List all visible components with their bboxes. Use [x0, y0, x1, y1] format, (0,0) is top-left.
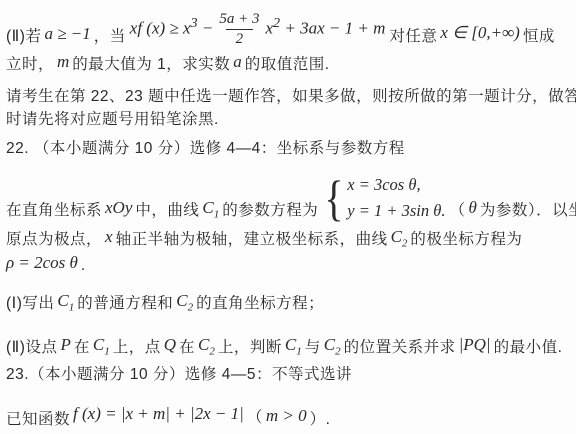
q21-part2-label: (Ⅱ)若	[6, 27, 41, 48]
parametric-equation-system: { x = 3cos θ, y = 1 + 3sin θ.	[322, 174, 445, 222]
var-xoy: xOy	[105, 197, 132, 220]
curve-c1: C1	[57, 290, 74, 313]
notice-text-1: 请考生在第 22、23 题中任选一题作答，如果多做，则按所做的第一题计分，做答	[6, 87, 576, 108]
param-note-open: （	[449, 201, 465, 222]
fraction-5a3-over-2: 5a + 32	[216, 11, 262, 48]
curve-c1: C1	[202, 197, 219, 220]
curve-c1: C1	[93, 334, 110, 357]
minus-sign: −	[202, 18, 213, 37]
var-a: a	[233, 51, 242, 74]
q21-l2-middle: 的最大值为 1，求实数	[72, 55, 230, 76]
q22-p2-in2: 在	[179, 338, 195, 359]
var-theta: θ	[468, 197, 476, 220]
q22-title: 22. （本小题满分 10 分）选修 4—4：坐标系与参数方程	[6, 138, 405, 160]
formula-lhs: xf (x) ≥ x	[130, 18, 191, 37]
notice-line2: 时请先将对应题号用铅笔涂黑.	[6, 109, 219, 131]
point-p: P	[60, 334, 70, 357]
q22-param-eq-text: 的参数方程为	[222, 201, 318, 222]
q22-p2-with: 与	[305, 338, 321, 359]
q23-title: 23.（本小题满分 10 分）选修 4—5：不等式选讲	[6, 364, 352, 386]
param-eq-y: y = 1 + 3sin θ.	[347, 200, 445, 222]
c1-subscript: 1	[214, 208, 220, 220]
q22-polar-setup-line: 原点为极点， x 轴正半轴为极轴，建立极坐标系，曲线 C2 的极坐标方程为	[6, 227, 522, 251]
param-note-close: 为参数）．以坐标	[480, 201, 576, 222]
var-x-axis: x	[105, 226, 113, 249]
notice-text-2: 时请先将对应题号用铅笔涂黑.	[6, 110, 219, 131]
q23-cond-close: ）.	[310, 410, 331, 431]
curve-c2: C2	[198, 334, 215, 357]
q22-p2-mid3: 的位置关系并求	[344, 338, 456, 359]
q22-curve-text: 中，曲线	[135, 201, 199, 222]
c-symbol: C	[202, 198, 213, 217]
var-m: m	[57, 51, 69, 74]
q21-when-text: ，当	[94, 27, 126, 48]
q22-part1-line: (Ⅰ)写出 C1 的普通方程和 C2 的直角坐标方程；	[6, 287, 324, 315]
q21-condition-a: a ≥ −1	[44, 23, 90, 46]
q23-function-line: 已知函数 f (x) = |x + m| + |2x − 1| （ m > 0 …	[6, 394, 330, 431]
q22-p2-mid1: 上，点	[113, 338, 161, 359]
q22-p1-middle: 的普通方程和	[77, 294, 173, 315]
q21-forall-text: 对任意	[389, 27, 437, 48]
q23-title-text: 23.（本小题满分 10 分）选修 4—5：不等式选讲	[6, 365, 352, 386]
c1-subscript: 1	[296, 345, 302, 357]
q21-inequality-formula: xf (x) ≥ x3 −5a + 32x2 + 3ax − 1 + m	[130, 11, 386, 48]
q22-p1-tail: 的直角坐标方程；	[196, 294, 324, 315]
q21-l2-tail: 的取值范围.	[245, 55, 330, 76]
q22-polar-eq-text: 的极坐标方程为	[410, 230, 522, 251]
fraction-denominator: 2	[226, 29, 254, 48]
q23-cond-open: （	[247, 408, 263, 429]
c-symbol: C	[57, 291, 68, 310]
c2-subscript: 2	[209, 345, 215, 357]
distance-pq: |PQ|	[459, 334, 491, 357]
polar-equation: ρ = 2cos θ	[6, 252, 78, 275]
c2-subscript: 2	[402, 237, 408, 249]
exponent-3: 3	[191, 15, 198, 31]
point-q: Q	[164, 334, 176, 357]
q21-l2-prefix: 立时，	[6, 55, 54, 76]
c2-subscript: 2	[335, 345, 341, 357]
q21-holds-text: 恒成	[523, 27, 555, 48]
q22-p2-in1: 在	[74, 338, 90, 359]
c2-subscript: 2	[188, 301, 194, 313]
left-brace: {	[325, 176, 344, 221]
c-symbol: C	[324, 335, 335, 354]
c-symbol: C	[391, 227, 402, 246]
q22-p2-mid2: 上，判断	[218, 338, 282, 359]
curve-c2: C2	[391, 226, 408, 249]
polar-equation-period: .	[81, 256, 86, 277]
q22-title-text: 22. （本小题满分 10 分）选修 4—4：坐标系与参数方程	[6, 139, 405, 160]
c-symbol: C	[176, 291, 187, 310]
equation-stack: x = 3cos θ, y = 1 + 3sin θ.	[347, 174, 445, 222]
c-symbol: C	[198, 335, 209, 354]
c1-subscript: 1	[104, 345, 110, 357]
q22-p1-prefix: (Ⅰ)写出	[6, 294, 54, 315]
q21-part2-line1: (Ⅱ)若 a ≥ −1 ，当 xf (x) ≥ x3 −5a + 32x2 + …	[6, 0, 555, 48]
exponent-2: 2	[273, 15, 280, 31]
c1-subscript: 1	[69, 301, 75, 313]
fraction-numerator: 5a + 3	[216, 11, 262, 29]
q22-pole-text: 原点为极点，	[6, 230, 102, 251]
q21-domain: x ∈ [0,+∞)	[440, 22, 519, 45]
formula-tail: + 3ax − 1 + m	[284, 18, 385, 37]
curve-c2: C2	[324, 334, 341, 357]
q22-part2-line: (Ⅱ)设点 P 在 C1 上，点 Q 在 C2 上，判断 C1 与 C2 的位置…	[6, 329, 562, 359]
param-eq-x: x = 3cos θ,	[347, 174, 420, 196]
q23-known-text: 已知函数	[6, 410, 70, 431]
notice-line1: 请考生在第 22、23 题中任选一题作答，如果多做，则按所做的第一题计分，做答	[6, 86, 576, 108]
curve-c2: C2	[176, 290, 193, 313]
q22-coord-system-text: 在直角坐标系	[6, 201, 102, 222]
q22-polar-equation-line: ρ = 2cos θ .	[6, 251, 86, 277]
c-symbol: C	[93, 335, 104, 354]
q23-function-formula: f (x) = |x + m| + |2x − 1|	[73, 403, 244, 426]
x-squared-base: x	[265, 18, 273, 37]
q22-p2-tail: 的最小值.	[494, 338, 563, 359]
curve-c1: C1	[285, 334, 302, 357]
q21-part2-line2: 立时， m 的最大值为 1，求实数 a 的取值范围.	[6, 53, 330, 76]
exam-document-page: (Ⅱ)若 a ≥ −1 ，当 xf (x) ≥ x3 −5a + 32x2 + …	[0, 0, 576, 434]
q22-polar-axis-text: 轴正半轴为极轴，建立极坐标系，曲线	[116, 230, 388, 251]
q22-p2-prefix: (Ⅱ)设点	[6, 338, 57, 359]
q23-condition-m: m > 0	[266, 405, 307, 428]
c-symbol: C	[285, 335, 296, 354]
q22-intro-line: 在直角坐标系 xOy 中，曲线 C1 的参数方程为 { x = 3cos θ, …	[6, 167, 576, 222]
